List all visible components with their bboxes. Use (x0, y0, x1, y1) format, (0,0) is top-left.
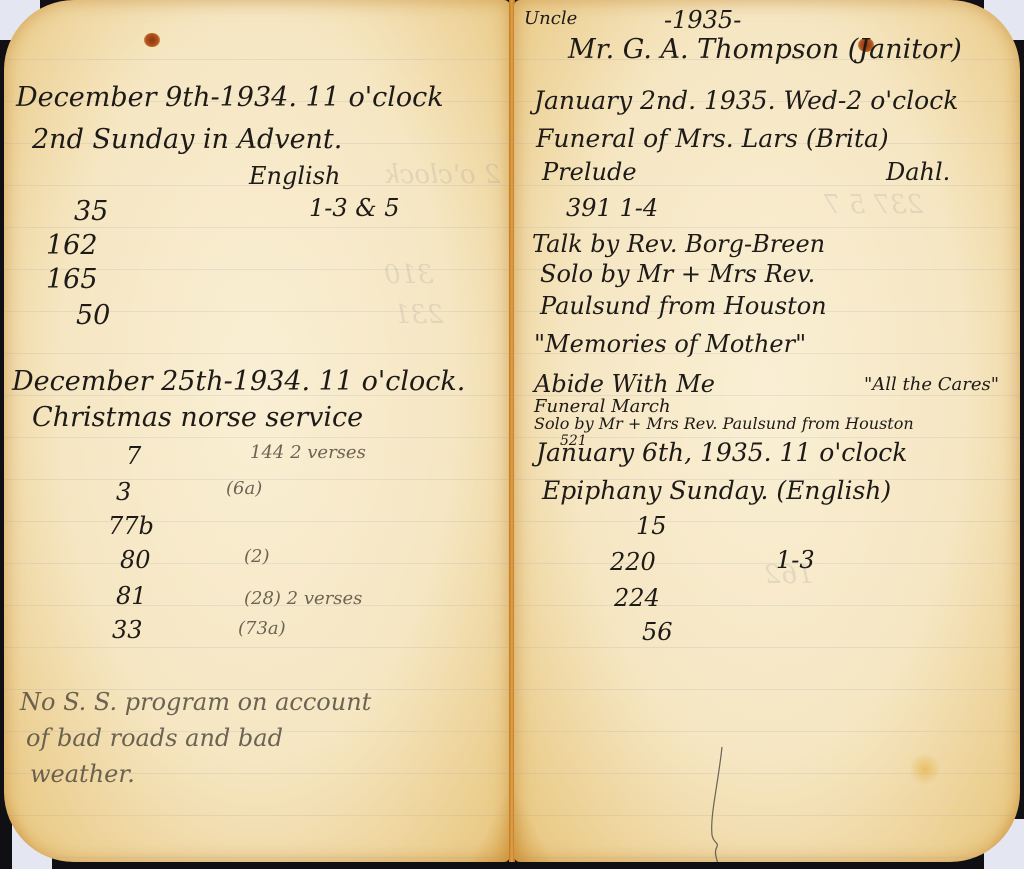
prelude-label: Prelude (542, 160, 637, 184)
bleed-through-text: 237 5 7 (824, 190, 923, 220)
entry-header: January 2nd. 1935. Wed-2 o'clock (534, 88, 958, 113)
entry-subheader: Funeral of Mrs. Lars (Brita) (536, 126, 889, 151)
hymn-number: 224 (614, 584, 660, 612)
hymn-number: 35 (74, 196, 108, 227)
verse-note: 1-3 (776, 548, 815, 572)
footnote-line: weather. (30, 762, 135, 786)
footnote-line: No S. S. program on account (20, 690, 371, 714)
program-item: Abide With Me (534, 372, 715, 396)
notebook-right-page: 237 5 7 162 Uncle -1935- Mr. G. A. Thomp… (514, 0, 1020, 862)
year-label: -1935- (664, 8, 741, 32)
program-item: "Memories of Mother" (534, 332, 806, 356)
program-item: Talk by Rev. Borg-Breen (532, 232, 825, 256)
language-label: English (249, 164, 340, 188)
hymn-number: 220 (610, 548, 656, 576)
hymn-number: 50 (76, 300, 110, 331)
hymn-number: 81 (116, 582, 147, 610)
hymn-number: 3 (116, 478, 131, 506)
verse-note: 1-3 & 5 (309, 196, 400, 220)
hymn-note: (73a) (238, 620, 286, 638)
uncle-label: Uncle (524, 10, 577, 28)
program-item: Solo by Mr + Mrs Rev. Paulsund from Hous… (534, 416, 914, 432)
entry-subheader: Christmas norse service (32, 404, 363, 431)
rust-stain (144, 33, 160, 47)
program-item: Solo by Mr + Mrs Rev. (540, 262, 815, 286)
hymn-note: (2) (244, 548, 270, 566)
hymn-number: 15 (636, 512, 667, 540)
hymn-number: 162 (46, 230, 98, 261)
side-quote: "All the Cares" (864, 376, 999, 394)
entry-subheader: 2nd Sunday in Advent. (32, 126, 342, 153)
hymn-note: (6a) (226, 480, 262, 498)
bleed-through-text: 231 (394, 300, 444, 330)
program-item: Paulsund from Houston (540, 294, 827, 318)
pencil-stray-mark (704, 745, 734, 862)
hymn-number: 33 (112, 616, 143, 644)
entry-subheader: Epiphany Sunday. (English) (542, 478, 891, 503)
notebook-left-page: Wed. 2 o'clock 310 231 December 9th-1934… (4, 0, 510, 862)
hymn-note: 144 2 verses (250, 444, 366, 462)
entry-header: January 6th, 1935. 11 o'clock (536, 440, 907, 465)
entry-header: December 9th-1934. 11 o'clock (16, 84, 444, 111)
hymn-number: 165 (46, 264, 98, 295)
hymn-number: 7 (126, 442, 141, 470)
bleed-through-text: 310 (384, 260, 434, 290)
hymn-number: 77b (108, 512, 154, 540)
hymn-note: (28) 2 verses (244, 590, 362, 608)
footnote-line: of bad roads and bad (26, 726, 283, 750)
bleed-through-text: Wed. 2 o'clock (384, 160, 510, 190)
hymn-number: 56 (642, 618, 673, 646)
janitor-name: Mr. G. A. Thompson (Janitor) (568, 36, 962, 63)
hymn-line: 391 1-4 (566, 196, 658, 220)
surname: Dahl. (886, 160, 950, 184)
hymn-number: 80 (120, 546, 151, 574)
entry-header: December 25th-1934. 11 o'clock. (12, 368, 465, 395)
water-stain (910, 752, 940, 786)
